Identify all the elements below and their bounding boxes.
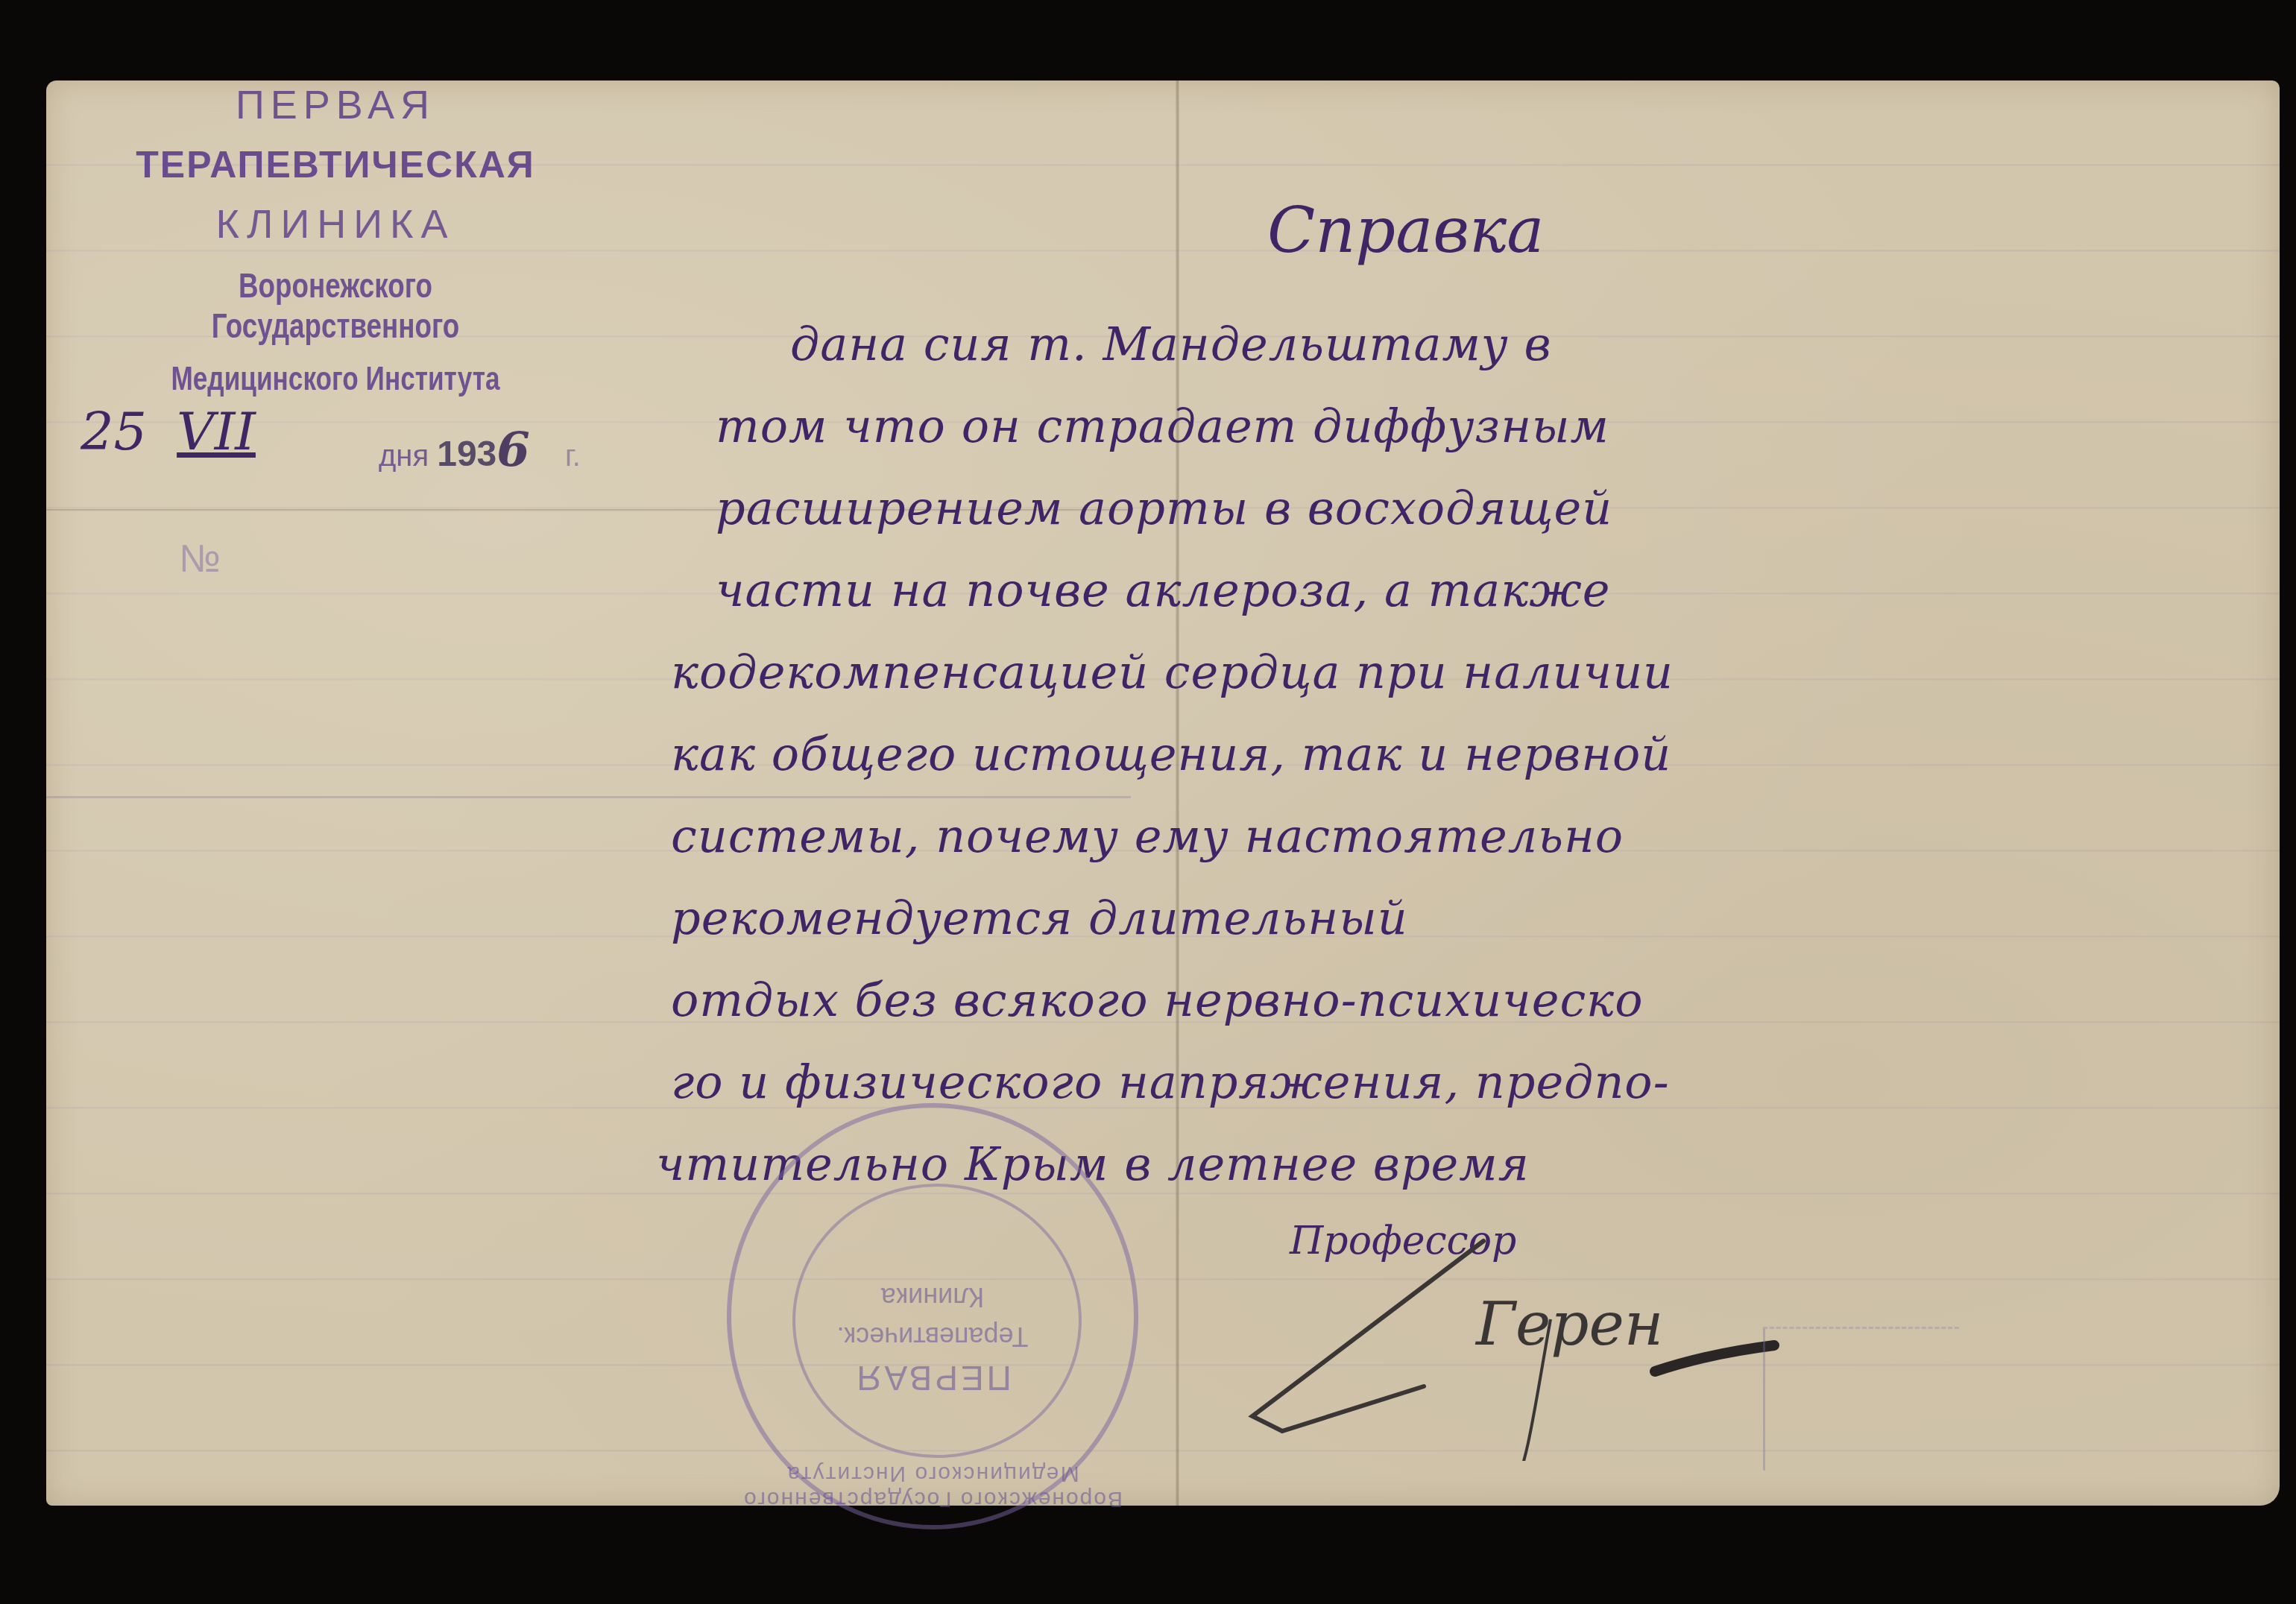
date-day: 25 xyxy=(81,401,147,462)
date-year-printed: 193 xyxy=(437,435,496,474)
seal-ring-text: Воронежского Государственного Медицинско… xyxy=(731,1461,1134,1512)
date-year-digit: 6 xyxy=(496,422,530,478)
stamp-line-5: Медицинского Института xyxy=(121,361,550,398)
body-line: части на почве аклероза, а также xyxy=(716,563,1611,617)
stamp-line-4: Воронежского Государственного xyxy=(121,265,550,346)
body-line: системы, почему ему настоятельно xyxy=(671,809,1624,863)
seal-center-line-2: Терапевтическ. xyxy=(731,1321,1134,1352)
handwritten-date: 25VII xyxy=(81,401,256,462)
round-seal-stamp: Воронежского Государственного Медицинско… xyxy=(727,1103,1138,1529)
printed-date: дня 1936 г. xyxy=(379,422,581,478)
body-line: том что он страдает диффузным xyxy=(716,399,1609,453)
body-line: го и физического напряжения, предпо- xyxy=(671,1055,1670,1109)
body-line: кодекомпенсацией сердца при наличии xyxy=(671,645,1674,699)
signature-name: Герен xyxy=(1476,1289,1664,1359)
date-suffix: г. xyxy=(565,440,581,473)
horizontal-crease xyxy=(46,796,1131,798)
seal-center-line-3: Клиника xyxy=(731,1281,1134,1313)
document-number-label: № xyxy=(179,537,221,581)
body-line: как общего истощения, так и нервной xyxy=(671,727,1671,781)
date-label: дня xyxy=(379,440,429,473)
letterhead-stamp: ПЕРВАЯ ТЕРАПЕВТИЧЕСКАЯ КЛИНИКА Воронежск… xyxy=(67,82,604,398)
signature: Герен xyxy=(1237,1237,1834,1461)
stamp-line-1: ПЕРВАЯ xyxy=(67,82,604,128)
stamp-line-3: КЛИНИКА xyxy=(67,201,604,247)
body-line: отдых без всякого нервно-психическо xyxy=(671,973,1643,1027)
seal-center-line-1: ПЕРВАЯ xyxy=(731,1358,1134,1398)
body-line: рекомендуется длительный xyxy=(671,891,1408,945)
body-line: расширением аорты в восходящей xyxy=(716,481,1612,535)
faint-registry-stamp xyxy=(1763,1327,1959,1471)
date-month: VII xyxy=(177,401,256,462)
document-title: Справка xyxy=(1267,194,1544,267)
vertical-fold xyxy=(1176,80,1180,1506)
body-line: дана сия т. Мандельштаму в xyxy=(790,317,1552,371)
stamp-line-2: ТЕРАПЕВТИЧЕСКАЯ xyxy=(67,143,604,186)
date-line: 25VII дня 1936 г. xyxy=(81,401,602,468)
